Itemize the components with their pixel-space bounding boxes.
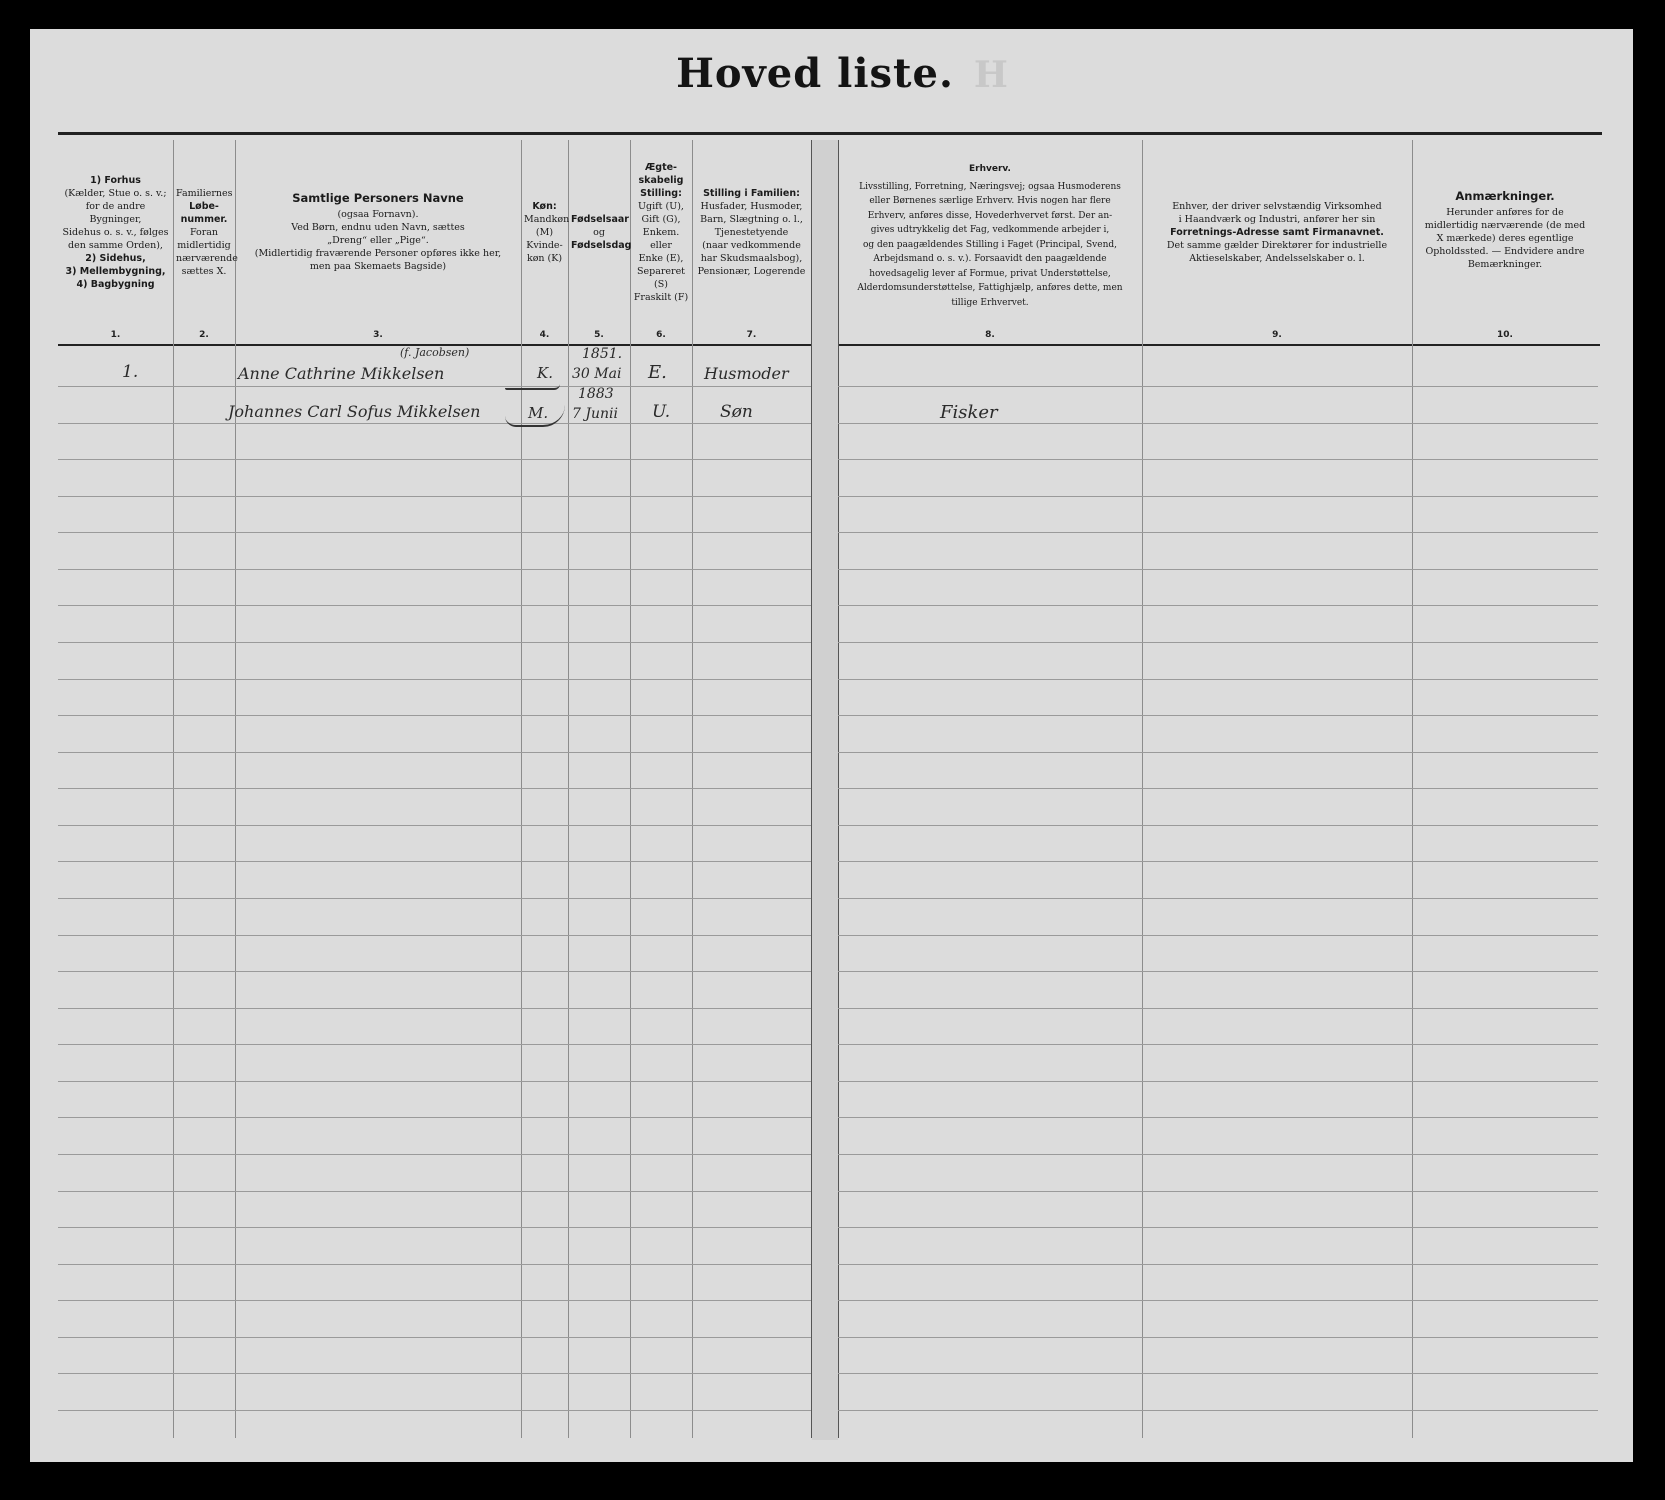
header-line: Mandkøn [524,213,565,226]
header-line: har Skudsmaalsbog), [695,252,808,265]
birth-day: 7 Junii [572,406,618,422]
row-rule [58,1044,811,1045]
row-rule [58,1264,811,1265]
header-line: Ved Børn, endnu uden Navn, sættes [238,221,518,234]
header-line: nummer. [176,213,232,226]
column-divider [811,140,812,1438]
row-rule [838,1191,1598,1192]
row-rule [838,1117,1598,1118]
header-line: Enke (E), [633,252,689,265]
column-header-8: Erhverv.Livsstilling, Forretning, Næring… [841,140,1139,325]
row-rule [838,386,1598,387]
marital-status: E. [648,362,667,383]
header-line: men paa Skemaets Bagside) [238,260,518,273]
column-header-6: Ægte-skabeligStilling:Ugift (U),Gift (G)… [633,140,689,325]
person-name: Johannes Carl Sofus Mikkelsen [228,402,480,421]
row-rule [58,1227,811,1228]
row-rule [58,642,811,643]
header-line: (naar vedkommende [695,239,808,252]
header-line: Erhverv, anføres disse, Hovederhvervet f… [841,209,1139,224]
row-rule [58,788,811,789]
row-rule [58,715,811,716]
row-rule [58,752,811,753]
row-rule [58,605,811,606]
column-header-1: 1) Forhus(Kælder, Stue o. s. v.;for de a… [61,140,170,325]
row-rule [838,459,1598,460]
header-line: 4) Bagbygning [61,278,170,291]
column-header-2: FamiliernesLøbe-nummer.Foranmidlertidign… [176,140,232,325]
column-number: 6. [630,330,692,340]
header-line: i Haandværk og Industri, anfører her sin [1145,213,1409,226]
row-rule [838,642,1598,643]
header-line: Sidehus o. s. v., følges [61,226,170,239]
header-line: og den paagældendes Stilling i Faget (Pr… [841,238,1139,253]
row-rule [58,1008,811,1009]
row-rule [838,1300,1598,1301]
row-rule [838,679,1598,680]
maiden-name-note: (f. Jacobsen) [400,346,469,359]
title-text: Hoved liste. [676,50,954,97]
row-rule [58,423,811,424]
row-rule [838,1154,1598,1155]
row-rule [58,1373,811,1374]
header-line: Ægte- [633,161,689,174]
header-line: Stilling: [633,187,689,200]
header-line: midlertidig [176,239,232,252]
header-line: sættes X. [176,265,232,278]
row-rule [58,679,811,680]
header-line: Familiernes [176,187,232,200]
row-rule [58,971,811,972]
person-name: Anne Cathrine Mikkelsen [238,364,444,383]
row-rule [58,1081,811,1082]
header-line: tillige Erhvervet. [841,296,1139,311]
family-position: Søn [720,402,753,422]
header-line: Ugift (U), [633,200,689,213]
column-header-4: Køn:Mandkøn(M)Kvinde-køn (K) [524,140,565,325]
column-number: 8. [838,330,1142,340]
header-line: Pensionær, Logerende [695,265,808,278]
column-header-10: Anmærkninger.Herunder anføres for demidl… [1415,140,1595,325]
header-line: Fraskilt (F) [633,291,689,304]
header-line: Herunder anføres for de [1415,206,1595,219]
family-position: Husmoder [704,364,789,383]
pen-flourish [505,384,560,390]
header-line: og [571,226,627,239]
row-rule [838,1008,1598,1009]
header-line: Løbe- [176,200,232,213]
header-line: Livsstilling, Forretning, Næringsvej; og… [841,180,1139,195]
header-line: (S) [633,278,689,291]
sex-entry: K. [537,364,553,382]
row-rule [58,1191,811,1192]
row-rule [58,459,811,460]
header-line: nærværende [176,252,232,265]
row-rule [838,1044,1598,1045]
row-rule [838,1081,1598,1082]
row-rule [58,532,811,533]
header-line: 1) Forhus [61,174,170,187]
row-rule [58,386,811,387]
row-rule [58,861,811,862]
row-rule [58,1300,811,1301]
row-rule [838,1337,1598,1338]
header-line: skabelig [633,174,689,187]
row-rule [838,423,1598,424]
header-line: „Dreng“ eller „Pige“. [238,234,518,247]
header-line: Foran [176,226,232,239]
row-rule [838,1264,1598,1265]
header-line: Arbejdsmand o. s. v.). Forsaavidt den pa… [841,252,1139,267]
birth-day: 30 Mai [572,366,621,382]
row-rule [58,569,811,570]
header-line: Enhver, der driver selvstændig Virksomhe… [1145,200,1409,213]
header-line: Barn, Slægtning o. l., [695,213,808,226]
row-rule [838,496,1598,497]
header-line: Erhverv. [841,162,1139,177]
row-rule [838,825,1598,826]
column-number: 7. [692,330,811,340]
row-rule [838,752,1598,753]
row-rule [838,532,1598,533]
column-header-7: Stilling i Familien:Husfader, Husmoder,B… [695,140,808,325]
header-line: X mærkede) deres egentlige [1415,232,1595,245]
header-line: Køn: [524,200,565,213]
row-rule [838,1227,1598,1228]
occupation: Fisker [940,402,998,423]
header-line: Opholdssted. — Endvidere andre [1415,245,1595,258]
row-rule [838,605,1598,606]
row-rule [58,496,811,497]
column-number: 1. [58,330,173,340]
column-number: 2. [173,330,235,340]
header-line: 3) Mellembygning, [61,265,170,278]
header-line: Forretnings-Adresse samt Firmanavnet. [1145,226,1409,239]
header-line: Samtlige Personers Navne [238,192,518,205]
page-title: Hoved liste.H [0,50,1665,97]
header-line: 2) Sidehus, [61,252,170,265]
header-line: Anmærkninger. [1415,190,1595,203]
header-line: Gift (G), [633,213,689,226]
row-rule [838,971,1598,972]
row-rule [838,1410,1598,1411]
header-line: Alderdomsunderstøttelse, Fattighjælp, an… [841,281,1139,296]
row-rule [58,1337,811,1338]
birth-year: 1851. [582,346,622,362]
header-line: Fødselsdag [571,239,627,252]
row-rule [58,935,811,936]
row-rule [838,569,1598,570]
header-line: midlertidig nærværende (de med [1415,219,1595,232]
building-entry: 1. [122,362,138,382]
row-rule [838,715,1598,716]
header-line: (M) [524,226,565,239]
header-line: Husfader, Husmoder, [695,200,808,213]
column-number: 5. [568,330,630,340]
header-line: gives udtrykkelig det Fag, vedkommende a… [841,223,1139,238]
header-line: Tjenestetyende [695,226,808,239]
birth-year: 1883 [578,386,614,402]
row-rule [838,898,1598,899]
header-line: hovedsagelig lever af Formue, privat Und… [841,267,1139,282]
header-line: Stilling i Familien: [695,187,808,200]
row-rule [58,825,811,826]
top-rule [58,132,1602,135]
row-rule [58,1410,811,1411]
header-line: (Kælder, Stue o. s. v.; [61,187,170,200]
row-rule [838,861,1598,862]
column-header-9: Enhver, der driver selvstændig Virksomhe… [1145,140,1409,325]
header-line: den samme Orden), [61,239,170,252]
row-rule [838,788,1598,789]
header-line: Fødselsaar [571,213,627,226]
marital-status: U. [652,402,670,422]
header-line: (Midlertidig fraværende Personer opføres… [238,247,518,260]
column-number: 9. [1142,330,1412,340]
header-line: Kvinde- [524,239,565,252]
header-line: Enkem. eller [633,226,689,252]
header-line: Separeret [633,265,689,278]
header-line: for de andre Bygninger, [61,200,170,226]
column-header-3: Samtlige Personers Navne(ogsaa Fornavn).… [238,140,518,325]
column-number: 3. [235,330,521,340]
row-rule [58,1117,811,1118]
header-line: Bemærkninger. [1415,258,1595,271]
header-line: Aktieselskaber, Andelsselskaber o. l. [1145,252,1409,265]
row-rule [58,898,811,899]
header-line: (ogsaa Fornavn). [238,208,518,221]
book-binding-gutter [812,140,838,1440]
row-rule [58,1154,811,1155]
column-header-5: FødselsaarogFødselsdag [571,140,627,325]
title-ghost-letter: H [974,54,1009,96]
row-rule [838,1373,1598,1374]
column-number: 10. [1412,330,1598,340]
column-number: 4. [521,330,568,340]
header-line: eller Børnenes særlige Erhverv. Hvis nog… [841,194,1139,209]
header-line: køn (K) [524,252,565,265]
row-rule [838,935,1598,936]
header-line: Det samme gælder Direktører for industri… [1145,239,1409,252]
